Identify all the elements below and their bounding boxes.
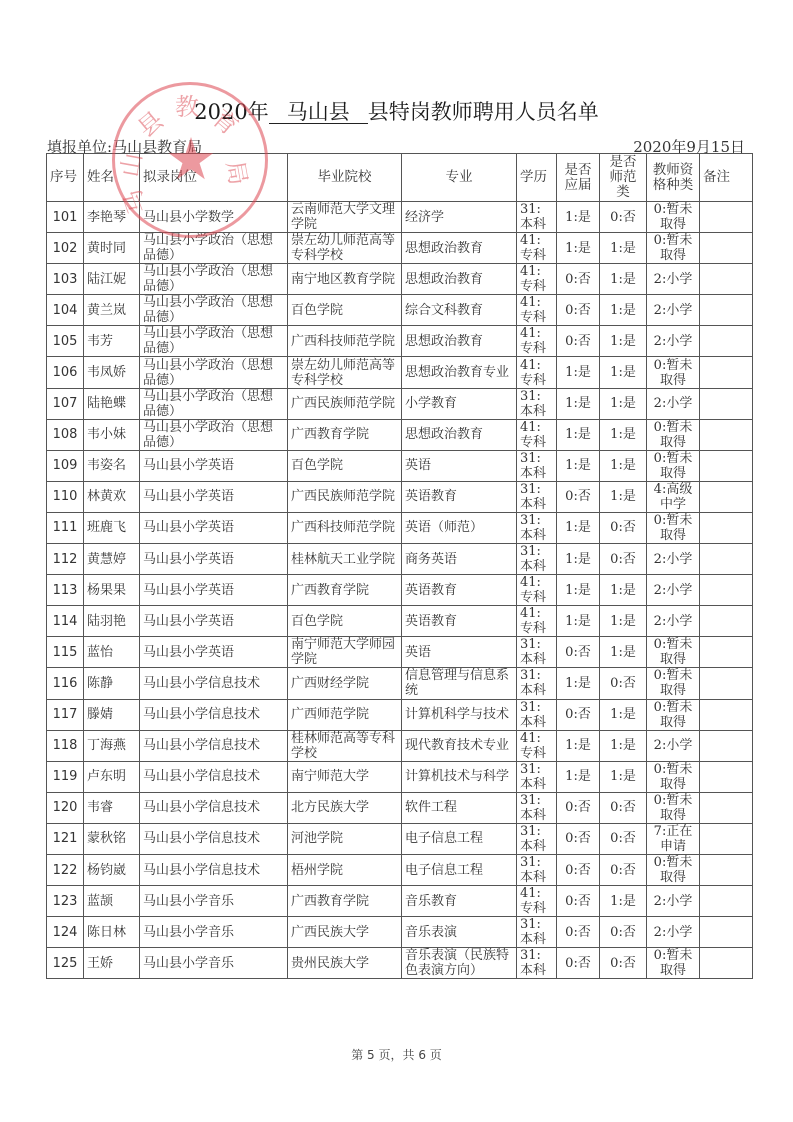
cell-name: 韦姿名 (84, 450, 140, 481)
cell-qualification: 0:暂未取得 (647, 512, 700, 543)
cell-normal-major: 1:是 (600, 886, 647, 917)
column-header: 毕业院校 (288, 154, 402, 202)
cell-name: 滕婧 (84, 699, 140, 730)
cell-position: 马山县小学英语 (140, 544, 288, 575)
cell-position: 马山县小学数学 (140, 202, 288, 233)
cell-fresh-graduate: 1:是 (557, 761, 600, 792)
title-year: 2020年 (194, 100, 268, 124)
cell-row-number: 111 (47, 512, 84, 543)
cell-normal-major: 0:否 (600, 544, 647, 575)
cell-row-number: 106 (47, 357, 84, 388)
column-header: 拟录岗位 (140, 154, 288, 202)
cell-school: 南宁地区教育学院 (288, 264, 402, 295)
cell-position: 马山县小学政治（思想品德） (140, 326, 288, 357)
cell-education: 31:本科 (517, 761, 557, 792)
cell-name: 卢东明 (84, 761, 140, 792)
cell-school: 桂林航天工业学院 (288, 544, 402, 575)
cell-normal-major: 1:是 (600, 233, 647, 264)
table-row: 112黄慧婷马山县小学英语桂林航天工业学院商务英语31:本科1:是0:否2:小学 (47, 544, 753, 575)
cell-remarks (700, 326, 753, 357)
cell-row-number: 116 (47, 668, 84, 699)
cell-education: 31:本科 (517, 202, 557, 233)
cell-school: 桂林师范高等专科学校 (288, 730, 402, 761)
cell-qualification: 2:小学 (647, 544, 700, 575)
cell-major: 英语（师范） (402, 512, 517, 543)
table-row: 114陆羽艳马山县小学英语百色学院英语教育41:专科1:是1:是2:小学 (47, 606, 753, 637)
cell-education: 31:本科 (517, 481, 557, 512)
cell-normal-major: 1:是 (600, 388, 647, 419)
cell-position: 马山县小学信息技术 (140, 761, 288, 792)
cell-fresh-graduate: 1:是 (557, 544, 600, 575)
cell-school: 广西教育学院 (288, 419, 402, 450)
cell-row-number: 121 (47, 823, 84, 854)
cell-fresh-graduate: 1:是 (557, 357, 600, 388)
cell-qualification: 2:小学 (647, 917, 700, 948)
cell-remarks (700, 512, 753, 543)
column-header: 序号 (47, 154, 84, 202)
cell-position: 马山县小学政治（思想品德） (140, 295, 288, 326)
cell-normal-major: 1:是 (600, 730, 647, 761)
cell-fresh-graduate: 0:否 (557, 699, 600, 730)
cell-normal-major: 1:是 (600, 606, 647, 637)
cell-remarks (700, 823, 753, 854)
column-header: 是否应届 (557, 154, 600, 202)
cell-normal-major: 1:是 (600, 481, 647, 512)
cell-normal-major: 1:是 (600, 326, 647, 357)
cell-education: 41:专科 (517, 606, 557, 637)
cell-qualification: 2:小学 (647, 264, 700, 295)
title-county: 马山县 (269, 101, 368, 124)
cell-row-number: 119 (47, 761, 84, 792)
cell-normal-major: 0:否 (600, 948, 647, 979)
cell-position: 马山县小学政治（思想品德） (140, 388, 288, 419)
column-header: 学历 (517, 154, 557, 202)
cell-position: 马山县小学英语 (140, 512, 288, 543)
cell-name: 黄慧婷 (84, 544, 140, 575)
cell-qualification: 0:暂未取得 (647, 450, 700, 481)
cell-qualification: 2:小学 (647, 388, 700, 419)
cell-major: 英语教育 (402, 606, 517, 637)
cell-name: 丁海燕 (84, 730, 140, 761)
column-header: 姓名 (84, 154, 140, 202)
cell-remarks (700, 575, 753, 606)
table-row: 123蓝颉马山县小学音乐广西教育学院音乐教育41:专科0:否1:是2:小学 (47, 886, 753, 917)
cell-major: 思想政治教育 (402, 264, 517, 295)
table-row: 108韦小妹马山县小学政治（思想品德）广西教育学院思想政治教育41:专科1:是1… (47, 419, 753, 450)
cell-normal-major: 0:否 (600, 917, 647, 948)
cell-major: 英语 (402, 637, 517, 668)
cell-education: 41:专科 (517, 326, 557, 357)
cell-normal-major: 1:是 (600, 637, 647, 668)
cell-education: 31:本科 (517, 450, 557, 481)
cell-row-number: 105 (47, 326, 84, 357)
cell-fresh-graduate: 0:否 (557, 295, 600, 326)
cell-normal-major: 0:否 (600, 823, 647, 854)
cell-major: 思想政治教育 (402, 419, 517, 450)
cell-qualification: 0:暂未取得 (647, 419, 700, 450)
cell-position: 马山县小学信息技术 (140, 854, 288, 885)
cell-qualification: 2:小学 (647, 575, 700, 606)
table-row: 101李艳琴马山县小学数学云南师范大学文理学院经济学31:本科1:是0:否0:暂… (47, 202, 753, 233)
cell-position: 马山县小学政治（思想品德） (140, 264, 288, 295)
cell-position: 马山县小学信息技术 (140, 823, 288, 854)
cell-name: 陆羽艳 (84, 606, 140, 637)
column-header: 教师资格种类 (647, 154, 700, 202)
cell-remarks (700, 886, 753, 917)
table-row: 120韦睿马山县小学信息技术北方民族大学软件工程31:本科0:否0:否0:暂未取… (47, 792, 753, 823)
cell-major: 英语教育 (402, 575, 517, 606)
cell-school: 河池学院 (288, 823, 402, 854)
cell-position: 马山县小学英语 (140, 575, 288, 606)
cell-normal-major: 0:否 (600, 854, 647, 885)
table-row: 106韦凤娇马山县小学政治（思想品德）崇左幼儿师范高等专科学校思想政治教育专业4… (47, 357, 753, 388)
cell-name: 王娇 (84, 948, 140, 979)
cell-school: 广西民族大学 (288, 917, 402, 948)
cell-normal-major: 0:否 (600, 792, 647, 823)
cell-education: 31:本科 (517, 699, 557, 730)
cell-row-number: 107 (47, 388, 84, 419)
cell-name: 韦小妹 (84, 419, 140, 450)
table-row: 109韦姿名马山县小学英语百色学院英语31:本科1:是1:是0:暂未取得 (47, 450, 753, 481)
table-row: 105韦芳马山县小学政治（思想品德）广西科技师范学院思想政治教育41:专科0:否… (47, 326, 753, 357)
cell-fresh-graduate: 0:否 (557, 326, 600, 357)
cell-row-number: 113 (47, 575, 84, 606)
cell-major: 商务英语 (402, 544, 517, 575)
cell-row-number: 118 (47, 730, 84, 761)
cell-name: 陈静 (84, 668, 140, 699)
table-row: 104黄兰岚马山县小学政治（思想品德）百色学院综合文科教育41:专科0:否1:是… (47, 295, 753, 326)
cell-major: 音乐表演（民族特色表演方向） (402, 948, 517, 979)
cell-major: 现代教育技术专业 (402, 730, 517, 761)
cell-education: 31:本科 (517, 854, 557, 885)
cell-remarks (700, 388, 753, 419)
cell-school: 广西科技师范学院 (288, 512, 402, 543)
cell-name: 李艳琴 (84, 202, 140, 233)
page-footer: 第 5 页，共 6 页 (0, 1046, 793, 1063)
cell-row-number: 110 (47, 481, 84, 512)
cell-remarks (700, 761, 753, 792)
cell-name: 蓝颉 (84, 886, 140, 917)
cell-remarks (700, 854, 753, 885)
cell-qualification: 4:高级中学 (647, 481, 700, 512)
cell-major: 音乐教育 (402, 886, 517, 917)
cell-position: 马山县小学音乐 (140, 886, 288, 917)
cell-qualification: 2:小学 (647, 326, 700, 357)
cell-position: 马山县小学信息技术 (140, 730, 288, 761)
cell-row-number: 101 (47, 202, 84, 233)
cell-fresh-graduate: 0:否 (557, 886, 600, 917)
cell-normal-major: 1:是 (600, 419, 647, 450)
cell-name: 陈日林 (84, 917, 140, 948)
cell-position: 马山县小学信息技术 (140, 668, 288, 699)
cell-major: 思想政治教育 (402, 233, 517, 264)
table-row: 125王娇马山县小学音乐贵州民族大学音乐表演（民族特色表演方向）31:本科0:否… (47, 948, 753, 979)
cell-position: 马山县小学英语 (140, 637, 288, 668)
cell-remarks (700, 233, 753, 264)
cell-name: 蓝怡 (84, 637, 140, 668)
cell-education: 31:本科 (517, 544, 557, 575)
cell-remarks (700, 357, 753, 388)
cell-position: 马山县小学信息技术 (140, 699, 288, 730)
cell-school: 南宁师范大学 (288, 761, 402, 792)
table-row: 118丁海燕马山县小学信息技术桂林师范高等专科学校现代教育技术专业41:专科1:… (47, 730, 753, 761)
cell-fresh-graduate: 0:否 (557, 792, 600, 823)
table-row: 117滕婧马山县小学信息技术广西师范学院计算机科学与技术31:本科0:否1:是0… (47, 699, 753, 730)
cell-school: 南宁师范大学师园学院 (288, 637, 402, 668)
table-row: 102黄时同马山县小学政治（思想品德）崇左幼儿师范高等专科学校思想政治教育41:… (47, 233, 753, 264)
cell-major: 小学教育 (402, 388, 517, 419)
cell-remarks (700, 419, 753, 450)
cell-school: 广西科技师范学院 (288, 326, 402, 357)
cell-row-number: 115 (47, 637, 84, 668)
table-header-row: 序号姓名拟录岗位毕业院校专业学历是否应届是否师范类教师资格种类备注 (47, 154, 753, 202)
cell-qualification: 7:正在申请 (647, 823, 700, 854)
cell-major: 电子信息工程 (402, 854, 517, 885)
cell-normal-major: 1:是 (600, 295, 647, 326)
cell-fresh-graduate: 1:是 (557, 512, 600, 543)
cell-row-number: 123 (47, 886, 84, 917)
cell-fresh-graduate: 0:否 (557, 854, 600, 885)
cell-remarks (700, 264, 753, 295)
cell-position: 马山县小学英语 (140, 606, 288, 637)
cell-qualification: 0:暂未取得 (647, 761, 700, 792)
table-row: 113杨果果马山县小学英语广西教育学院英语教育41:专科1:是1:是2:小学 (47, 575, 753, 606)
cell-remarks (700, 668, 753, 699)
cell-major: 英语 (402, 450, 517, 481)
cell-qualification: 0:暂未取得 (647, 948, 700, 979)
cell-row-number: 124 (47, 917, 84, 948)
cell-qualification: 2:小学 (647, 730, 700, 761)
cell-fresh-graduate: 1:是 (557, 606, 600, 637)
cell-normal-major: 0:否 (600, 512, 647, 543)
cell-school: 广西教育学院 (288, 575, 402, 606)
cell-education: 31:本科 (517, 668, 557, 699)
cell-fresh-graduate: 0:否 (557, 917, 600, 948)
cell-normal-major: 1:是 (600, 357, 647, 388)
cell-position: 马山县小学英语 (140, 481, 288, 512)
cell-fresh-graduate: 0:否 (557, 637, 600, 668)
cell-education: 41:专科 (517, 233, 557, 264)
cell-school: 广西财经学院 (288, 668, 402, 699)
cell-school: 广西教育学院 (288, 886, 402, 917)
cell-major: 思想政治教育 (402, 326, 517, 357)
cell-position: 马山县小学政治（思想品德） (140, 357, 288, 388)
cell-name: 林黄欢 (84, 481, 140, 512)
table-row: 110林黄欢马山县小学英语广西民族师范学院英语教育31:本科0:否1:是4:高级… (47, 481, 753, 512)
table-row: 119卢东明马山县小学信息技术南宁师范大学计算机技术与科学31:本科1:是1:是… (47, 761, 753, 792)
cell-row-number: 109 (47, 450, 84, 481)
cell-row-number: 104 (47, 295, 84, 326)
cell-remarks (700, 450, 753, 481)
cell-row-number: 103 (47, 264, 84, 295)
cell-position: 马山县小学音乐 (140, 948, 288, 979)
cell-position: 马山县小学信息技术 (140, 792, 288, 823)
cell-fresh-graduate: 1:是 (557, 233, 600, 264)
cell-position: 马山县小学政治（思想品德） (140, 233, 288, 264)
cell-education: 31:本科 (517, 637, 557, 668)
cell-name: 黄时同 (84, 233, 140, 264)
cell-remarks (700, 295, 753, 326)
cell-remarks (700, 917, 753, 948)
column-header: 是否师范类 (600, 154, 647, 202)
cell-remarks (700, 606, 753, 637)
cell-qualification: 0:暂未取得 (647, 637, 700, 668)
table-row: 103陆江妮马山县小学政治（思想品德）南宁地区教育学院思想政治教育41:专科0:… (47, 264, 753, 295)
table-row: 122杨钧崴马山县小学信息技术梧州学院电子信息工程31:本科0:否0:否0:暂未… (47, 854, 753, 885)
cell-fresh-graduate: 0:否 (557, 264, 600, 295)
cell-education: 31:本科 (517, 948, 557, 979)
cell-education: 31:本科 (517, 388, 557, 419)
cell-school: 百色学院 (288, 450, 402, 481)
cell-fresh-graduate: 0:否 (557, 481, 600, 512)
cell-education: 41:专科 (517, 295, 557, 326)
cell-row-number: 102 (47, 233, 84, 264)
cell-qualification: 0:暂未取得 (647, 699, 700, 730)
cell-school: 梧州学院 (288, 854, 402, 885)
cell-normal-major: 0:否 (600, 202, 647, 233)
cell-row-number: 125 (47, 948, 84, 979)
table-row: 121蒙秋铭马山县小学信息技术河池学院电子信息工程31:本科0:否0:否7:正在… (47, 823, 753, 854)
cell-row-number: 122 (47, 854, 84, 885)
cell-fresh-graduate: 1:是 (557, 419, 600, 450)
cell-qualification: 0:暂未取得 (647, 202, 700, 233)
cell-school: 贵州民族大学 (288, 948, 402, 979)
cell-major: 英语教育 (402, 481, 517, 512)
cell-major: 计算机技术与科学 (402, 761, 517, 792)
cell-fresh-graduate: 1:是 (557, 575, 600, 606)
cell-education: 31:本科 (517, 823, 557, 854)
column-header: 备注 (700, 154, 753, 202)
cell-remarks (700, 481, 753, 512)
cell-normal-major: 0:否 (600, 668, 647, 699)
cell-normal-major: 1:是 (600, 699, 647, 730)
cell-qualification: 0:暂未取得 (647, 792, 700, 823)
cell-major: 思想政治教育专业 (402, 357, 517, 388)
roster-table: 序号姓名拟录岗位毕业院校专业学历是否应届是否师范类教师资格种类备注 101李艳琴… (46, 153, 753, 979)
cell-education: 41:专科 (517, 419, 557, 450)
cell-fresh-graduate: 1:是 (557, 730, 600, 761)
cell-remarks (700, 699, 753, 730)
cell-fresh-graduate: 1:是 (557, 202, 600, 233)
cell-school: 广西民族师范学院 (288, 481, 402, 512)
cell-qualification: 0:暂未取得 (647, 668, 700, 699)
cell-name: 陆江妮 (84, 264, 140, 295)
cell-qualification: 0:暂未取得 (647, 233, 700, 264)
cell-qualification: 0:暂未取得 (647, 854, 700, 885)
cell-major: 电子信息工程 (402, 823, 517, 854)
cell-school: 崇左幼儿师范高等专科学校 (288, 233, 402, 264)
cell-name: 杨果果 (84, 575, 140, 606)
cell-name: 黄兰岚 (84, 295, 140, 326)
cell-remarks (700, 202, 753, 233)
cell-school: 百色学院 (288, 606, 402, 637)
cell-school: 北方民族大学 (288, 792, 402, 823)
cell-major: 音乐表演 (402, 917, 517, 948)
cell-education: 31:本科 (517, 512, 557, 543)
title-suffix: 县特岗教师聘用人员名单 (368, 100, 599, 124)
cell-education: 41:专科 (517, 730, 557, 761)
cell-row-number: 112 (47, 544, 84, 575)
cell-education: 41:专科 (517, 575, 557, 606)
cell-education: 41:专科 (517, 886, 557, 917)
cell-normal-major: 1:是 (600, 575, 647, 606)
cell-name: 班鹿飞 (84, 512, 140, 543)
cell-fresh-graduate: 1:是 (557, 450, 600, 481)
cell-qualification: 2:小学 (647, 606, 700, 637)
column-header: 专业 (402, 154, 517, 202)
cell-remarks (700, 948, 753, 979)
cell-normal-major: 1:是 (600, 450, 647, 481)
cell-major: 计算机科学与技术 (402, 699, 517, 730)
cell-qualification: 0:暂未取得 (647, 357, 700, 388)
cell-normal-major: 1:是 (600, 761, 647, 792)
cell-major: 信息管理与信息系统 (402, 668, 517, 699)
cell-major: 综合文科教育 (402, 295, 517, 326)
cell-remarks (700, 792, 753, 823)
cell-row-number: 120 (47, 792, 84, 823)
cell-remarks (700, 730, 753, 761)
cell-school: 崇左幼儿师范高等专科学校 (288, 357, 402, 388)
cell-fresh-graduate: 1:是 (557, 388, 600, 419)
cell-education: 41:专科 (517, 357, 557, 388)
table-row: 107陆艳蝶马山县小学政治（思想品德）广西民族师范学院小学教育31:本科1:是1… (47, 388, 753, 419)
cell-school: 百色学院 (288, 295, 402, 326)
cell-row-number: 114 (47, 606, 84, 637)
cell-education: 31:本科 (517, 917, 557, 948)
cell-row-number: 117 (47, 699, 84, 730)
cell-name: 陆艳蝶 (84, 388, 140, 419)
cell-school: 广西民族师范学院 (288, 388, 402, 419)
cell-major: 软件工程 (402, 792, 517, 823)
cell-school: 广西师范学院 (288, 699, 402, 730)
cell-name: 杨钧崴 (84, 854, 140, 885)
cell-major: 经济学 (402, 202, 517, 233)
cell-position: 马山县小学英语 (140, 450, 288, 481)
cell-fresh-graduate: 0:否 (557, 823, 600, 854)
cell-row-number: 108 (47, 419, 84, 450)
cell-name: 蒙秋铭 (84, 823, 140, 854)
table-row: 115蓝怡马山县小学英语南宁师范大学师园学院英语31:本科0:否1:是0:暂未取… (47, 637, 753, 668)
table-body: 101李艳琴马山县小学数学云南师范大学文理学院经济学31:本科1:是0:否0:暂… (47, 202, 753, 979)
cell-position: 马山县小学政治（思想品德） (140, 419, 288, 450)
cell-education: 31:本科 (517, 792, 557, 823)
cell-fresh-graduate: 1:是 (557, 668, 600, 699)
table-row: 111班鹿飞马山县小学英语广西科技师范学院英语（师范）31:本科1:是0:否0:… (47, 512, 753, 543)
cell-school: 云南师范大学文理学院 (288, 202, 402, 233)
cell-qualification: 2:小学 (647, 295, 700, 326)
cell-fresh-graduate: 0:否 (557, 948, 600, 979)
cell-name: 韦凤娇 (84, 357, 140, 388)
cell-education: 41:专科 (517, 264, 557, 295)
cell-normal-major: 1:是 (600, 264, 647, 295)
cell-remarks (700, 637, 753, 668)
page-title: 2020年马山县县特岗教师聘用人员名单 (0, 96, 793, 126)
cell-name: 韦芳 (84, 326, 140, 357)
table-row: 124陈日林马山县小学音乐广西民族大学音乐表演31:本科0:否0:否2:小学 (47, 917, 753, 948)
cell-qualification: 2:小学 (647, 886, 700, 917)
table-row: 116陈静马山县小学信息技术广西财经学院信息管理与信息系统31:本科1:是0:否… (47, 668, 753, 699)
cell-name: 韦睿 (84, 792, 140, 823)
cell-remarks (700, 544, 753, 575)
cell-position: 马山县小学音乐 (140, 917, 288, 948)
